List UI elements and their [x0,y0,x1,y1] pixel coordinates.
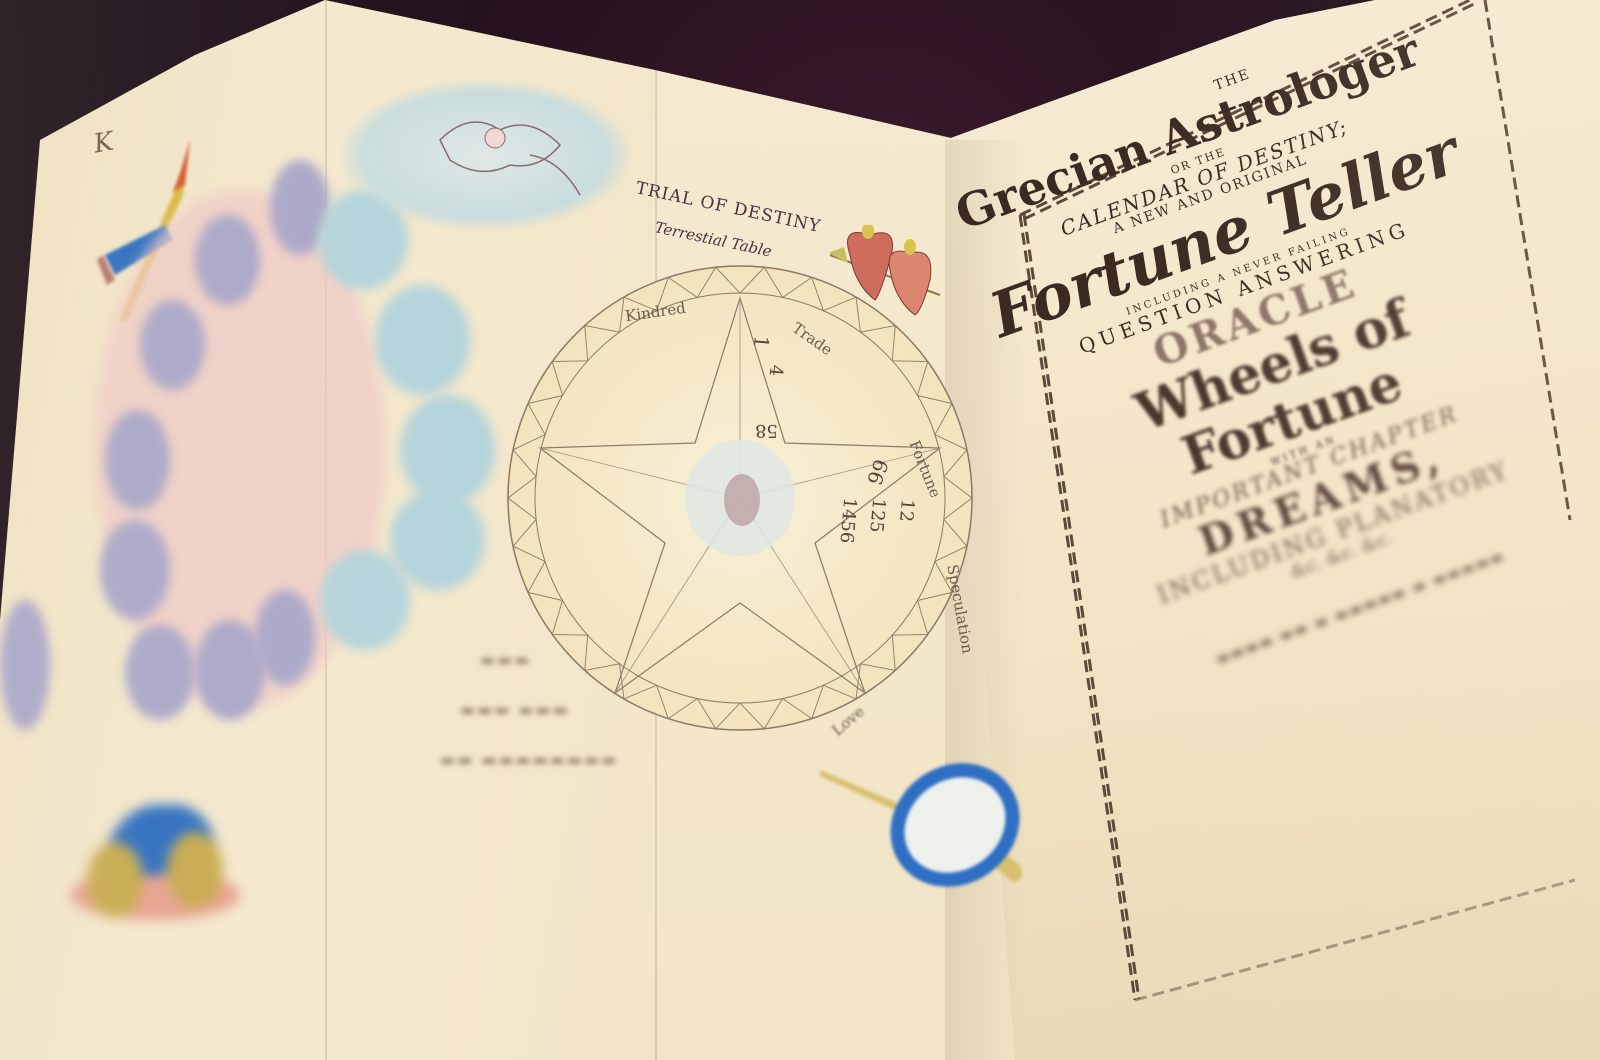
numbered-circle [100,520,170,620]
wheel-number: 1 [749,335,774,350]
blurred-caption: ▬▬ ▬▬▬▬▬▬▬▬ [440,750,618,769]
photo-scene: K ▬▬▬ ▬▬▬ ▬▬▬ ▬▬ ▬▬▬▬▬▬▬▬ TRIAL OF DESTI… [0,0,1600,1060]
wheel-number: 12 [895,498,918,523]
numbered-circle [255,590,315,685]
wheel-number: 4 [765,364,787,377]
wheel-number: 58 [755,420,778,441]
numbered-circle [195,215,260,305]
wheel-number: 125 [865,497,889,533]
numbered-circle [0,600,50,730]
numbered-circle [105,410,170,510]
hand-mirror-icon [815,740,1035,890]
numbered-circle [140,300,205,390]
hat-illustration [55,770,255,930]
wheel-number: 1456 [835,497,860,544]
cupid-doves-illustration [420,100,600,210]
numbered-circle [375,285,470,395]
numbered-circle [320,550,410,650]
numbered-circle [125,625,195,720]
numbered-circle [400,395,495,505]
